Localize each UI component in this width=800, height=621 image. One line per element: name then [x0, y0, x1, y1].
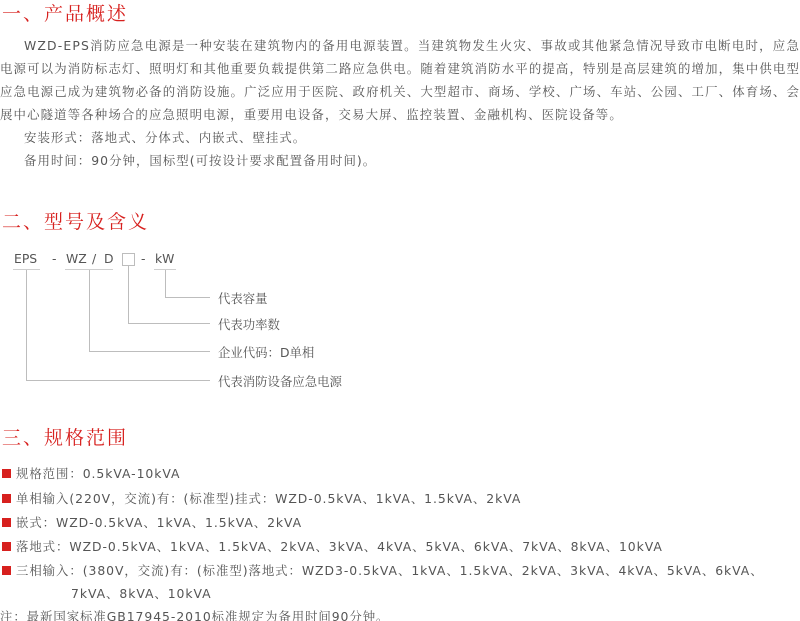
model-part-kw: kW [155, 251, 174, 266]
connector-eps [26, 270, 27, 380]
spec-item: 单相输入(220V，交流)有：(标准型)挂式：WZD-0.5kVA、1kVA、1… [2, 489, 521, 507]
standard-note: 注：最新国家标准GB17945-2010标准规定为备用时间90分钟。 [0, 607, 389, 621]
connector-power-h [128, 323, 210, 324]
connector-company [89, 270, 90, 351]
connector-kw [165, 270, 166, 297]
bullet-icon [2, 542, 11, 551]
connector-company-h [89, 351, 210, 352]
model-dash: - [52, 251, 56, 266]
legend-capacity: 代表容量 [218, 289, 268, 307]
legend-company-code: 企业代码：D单相 [218, 343, 314, 361]
legend-power-count: 代表功率数 [218, 315, 280, 333]
spec-text: 嵌式：WZD-0.5kVA、1kVA、1.5kVA、2kVA [16, 515, 302, 530]
bullet-icon [2, 469, 11, 478]
model-part-eps: EPS [14, 251, 37, 266]
install-forms-text: 安装形式：落地式、分体式、内嵌式、壁挂式。 [24, 128, 306, 146]
model-part-d: D [104, 251, 114, 266]
overview-paragraph: WZD-EPS消防应急电源是一种安装在建筑物内的备用电源装置。当建筑物发生火灾、… [0, 34, 800, 126]
bullet-icon [2, 566, 11, 575]
spec-text: 落地式：WZD-0.5kVA、1kVA、1.5kVA、2kVA、3kVA、4kV… [16, 539, 663, 554]
backup-time-text: 备用时间：90分钟，国标型(可按设计要求配置备用时间)。 [24, 151, 376, 169]
connector-kw-h [165, 297, 210, 298]
section-title-model: 二、型号及含义 [2, 207, 149, 234]
model-part-wz: WZ [66, 251, 87, 266]
section-title-overview: 一、产品概述 [2, 0, 128, 26]
connector-eps-h [26, 380, 210, 381]
spec-item-continuation: 7kVA、8kVA、10kVA [71, 584, 212, 602]
spec-item: 落地式：WZD-0.5kVA、1kVA、1.5kVA、2kVA、3kVA、4kV… [2, 537, 663, 555]
bullet-icon [2, 494, 11, 503]
model-power-box [122, 253, 135, 266]
spec-item: 规格范围：0.5kVA-10kVA [2, 464, 180, 482]
model-dash: - [141, 251, 145, 266]
spec-text: 规格范围：0.5kVA-10kVA [16, 466, 180, 481]
section-title-specs: 三、规格范围 [2, 423, 128, 450]
spec-item: 三相输入：(380V，交流)有：(标准型)落地式：WZD3-0.5kVA、1kV… [2, 561, 764, 579]
model-slash: / [92, 251, 96, 266]
spec-text: 三相输入：(380V，交流)有：(标准型)落地式：WZD3-0.5kVA、1kV… [16, 563, 764, 578]
spec-item: 嵌式：WZD-0.5kVA、1kVA、1.5kVA、2kVA [2, 513, 302, 531]
legend-eps-meaning: 代表消防设备应急电源 [218, 372, 342, 390]
spec-text: 单相输入(220V，交流)有：(标准型)挂式：WZD-0.5kVA、1kVA、1… [16, 491, 521, 506]
bullet-icon [2, 518, 11, 527]
connector-power [128, 266, 129, 323]
